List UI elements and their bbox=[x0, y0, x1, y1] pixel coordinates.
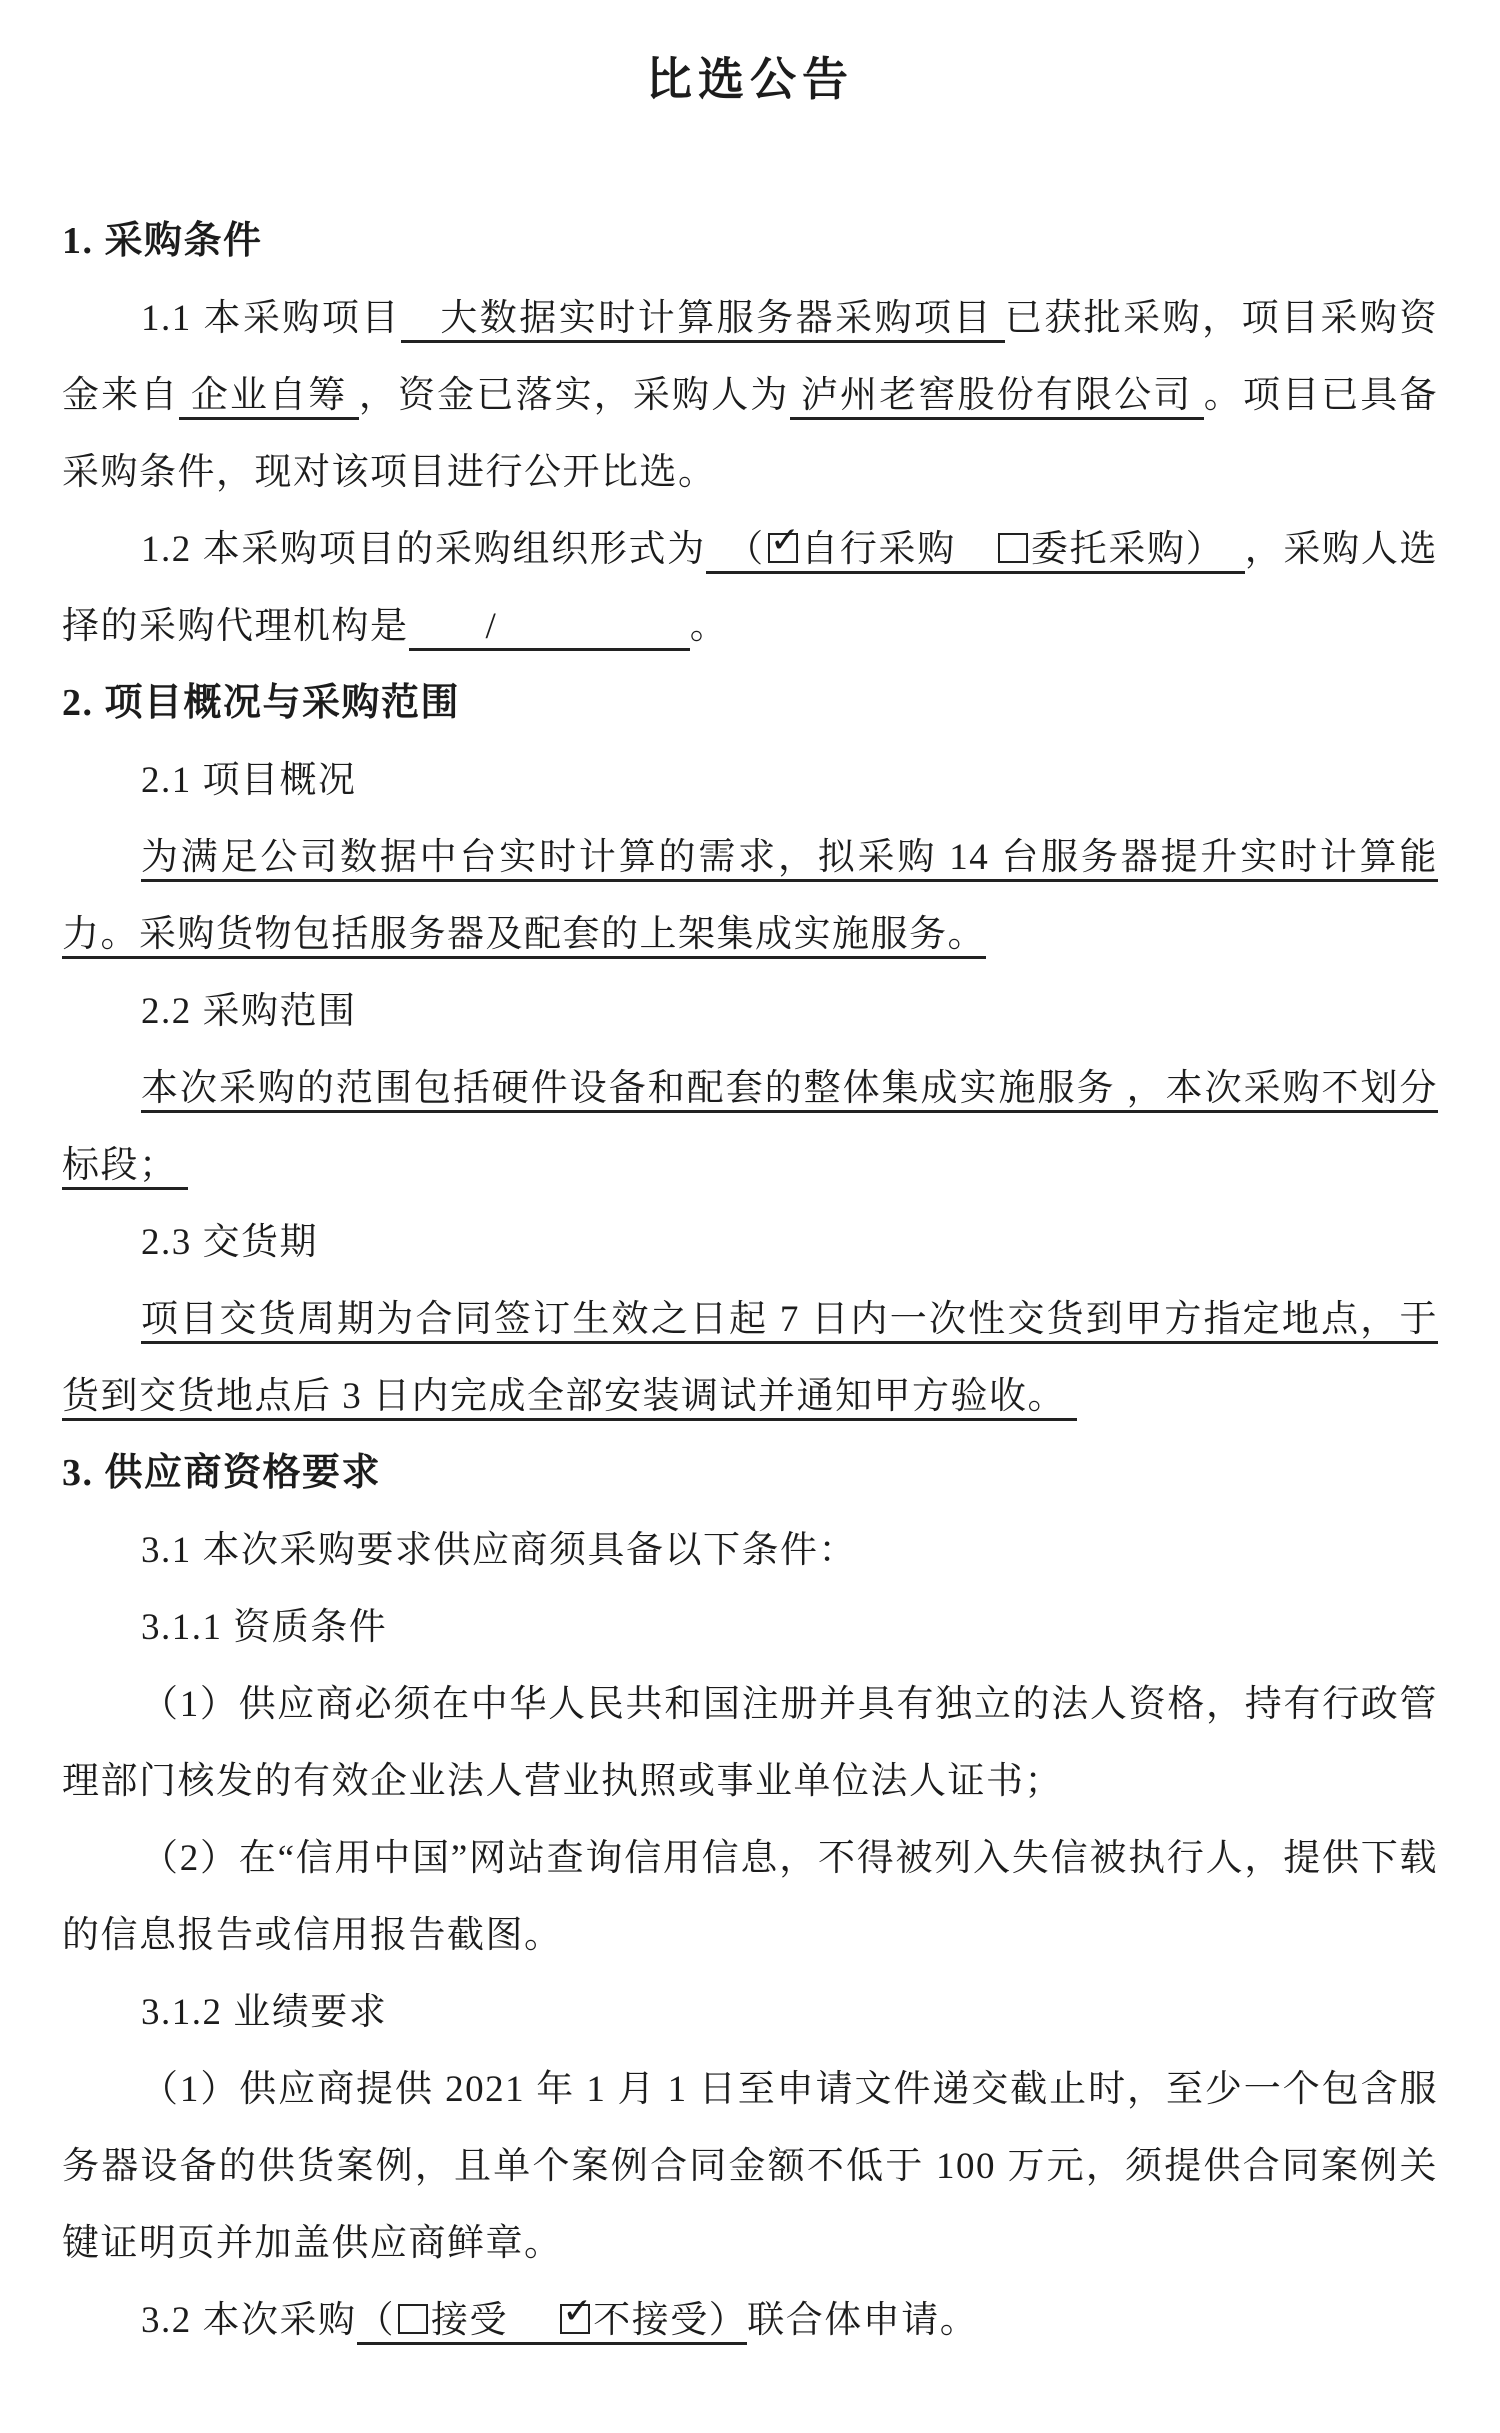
text-segment: 1.2 本采购项目的采购组织形式为 bbox=[141, 529, 706, 570]
para-2-1: 为满足公司数据中台实时计算的需求，拟采购 14 台服务器提升实时计算能力。采购货… bbox=[62, 819, 1438, 973]
text-segment: ，资金已落实，采购人为 bbox=[359, 375, 790, 416]
text-segment: 1.1 本采购项目 bbox=[141, 298, 401, 339]
underlined-project-overview: 为满足公司数据中台实时计算的需求，拟采购 14 台服务器提升实时计算能力。采购货… bbox=[62, 837, 1438, 959]
document-body: 1. 采购条件 1.1 本采购项目 大数据实时计算服务器采购项目 已获批采购，项… bbox=[62, 203, 1438, 2359]
subheading-3-1-2: 3.1.2 业绩要求 bbox=[62, 1974, 1438, 2051]
checkbox-label: 不接受） bbox=[593, 2300, 747, 2341]
subheading-2-3: 2.3 交货期 bbox=[62, 1204, 1438, 1281]
checkbox-label: 委托采购） bbox=[1031, 529, 1245, 570]
text-segment: 3.2 本次采购 bbox=[141, 2300, 357, 2341]
para-2-3: 项目交货周期为合同签订生效之日起 7 日内一次性交货到甲方指定地点，于货到交货地… bbox=[62, 1281, 1438, 1435]
empty-blank-agency-slash: / bbox=[409, 606, 690, 651]
check-mark-icon: ✓ bbox=[770, 523, 800, 559]
text-segment: 联合体申请。 bbox=[747, 2300, 978, 2341]
para-3-1-1-item-1: （1）供应商必须在中华人民共和国注册并具有独立的法人资格，持有行政管理部门核发的… bbox=[62, 1666, 1438, 1820]
filled-blank-project-name: 大数据实时计算服务器采购项目 bbox=[401, 298, 1005, 343]
underlined-procurement-scope: 本次采购的范围包括硬件设备和配套的整体集成实施服务 ，本次采购不划分标段； bbox=[62, 1068, 1438, 1190]
underlined-delivery-period: 项目交货周期为合同签订生效之日起 7 日内一次性交货到甲方指定地点，于货到交货地… bbox=[62, 1299, 1438, 1421]
filled-blank-organization-form: （✓自行采购 委托采购） bbox=[706, 529, 1245, 574]
para-1-2: 1.2 本采购项目的采购组织形式为 （✓自行采购 委托采购） ，采购人选择的采购… bbox=[62, 511, 1438, 665]
para-3-1: 3.1 本次采购要求供应商须具备以下条件： bbox=[62, 1512, 1438, 1589]
para-1-1: 1.1 本采购项目 大数据实时计算服务器采购项目 已获批采购，项目采购资金来自 … bbox=[62, 280, 1438, 511]
para-2-2: 本次采购的范围包括硬件设备和配套的整体集成实施服务 ，本次采购不划分标段； bbox=[62, 1050, 1438, 1204]
document-title: 比选公告 bbox=[62, 52, 1438, 107]
check-mark-icon: ✓ bbox=[562, 2294, 592, 2330]
subheading-3-1-1: 3.1.1 资质条件 bbox=[62, 1589, 1438, 1666]
para-3-1-2-item-1: （1）供应商提供 2021 年 1 月 1 日至申请文件递交截止时，至少一个包含… bbox=[62, 2051, 1438, 2282]
subheading-2-1: 2.1 项目概况 bbox=[62, 742, 1438, 819]
section-2-heading: 2. 项目概况与采购范围 bbox=[62, 665, 1438, 742]
section-3-heading: 3. 供应商资格要求 bbox=[62, 1435, 1438, 1512]
section-1-heading: 1. 采购条件 bbox=[62, 203, 1438, 280]
checkbox-entrusted-procurement-unchecked-icon bbox=[998, 533, 1028, 563]
text-segment: （ bbox=[706, 529, 765, 570]
checkbox-self-procurement-checked-icon: ✓ bbox=[768, 533, 798, 563]
para-3-2: 3.2 本次采购（接受 ✓不接受）联合体申请。 bbox=[62, 2282, 1438, 2359]
para-3-1-1-item-2: （2）在“信用中国”网站查询信用信息，不得被列入失信被执行人，提供下载的信息报告… bbox=[62, 1820, 1438, 1974]
checkbox-label: 自行采购 bbox=[801, 529, 995, 570]
filled-blank-purchaser-name: 泸州老窖股份有限公司 bbox=[790, 375, 1204, 420]
document-page: 比选公告 1. 采购条件 1.1 本采购项目 大数据实时计算服务器采购项目 已获… bbox=[0, 0, 1500, 2433]
text-segment: （ bbox=[357, 2300, 396, 2341]
checkbox-not-accept-checked-icon: ✓ bbox=[560, 2304, 590, 2334]
filled-blank-funding-source: 企业自筹 bbox=[179, 375, 358, 420]
text-segment: 。 bbox=[690, 606, 729, 647]
checkbox-label: 接受 bbox=[431, 2300, 557, 2341]
subheading-2-2: 2.2 采购范围 bbox=[62, 973, 1438, 1050]
checkbox-accept-unchecked-icon bbox=[398, 2304, 428, 2334]
filled-blank-consortium: （接受 ✓不接受） bbox=[357, 2300, 748, 2345]
